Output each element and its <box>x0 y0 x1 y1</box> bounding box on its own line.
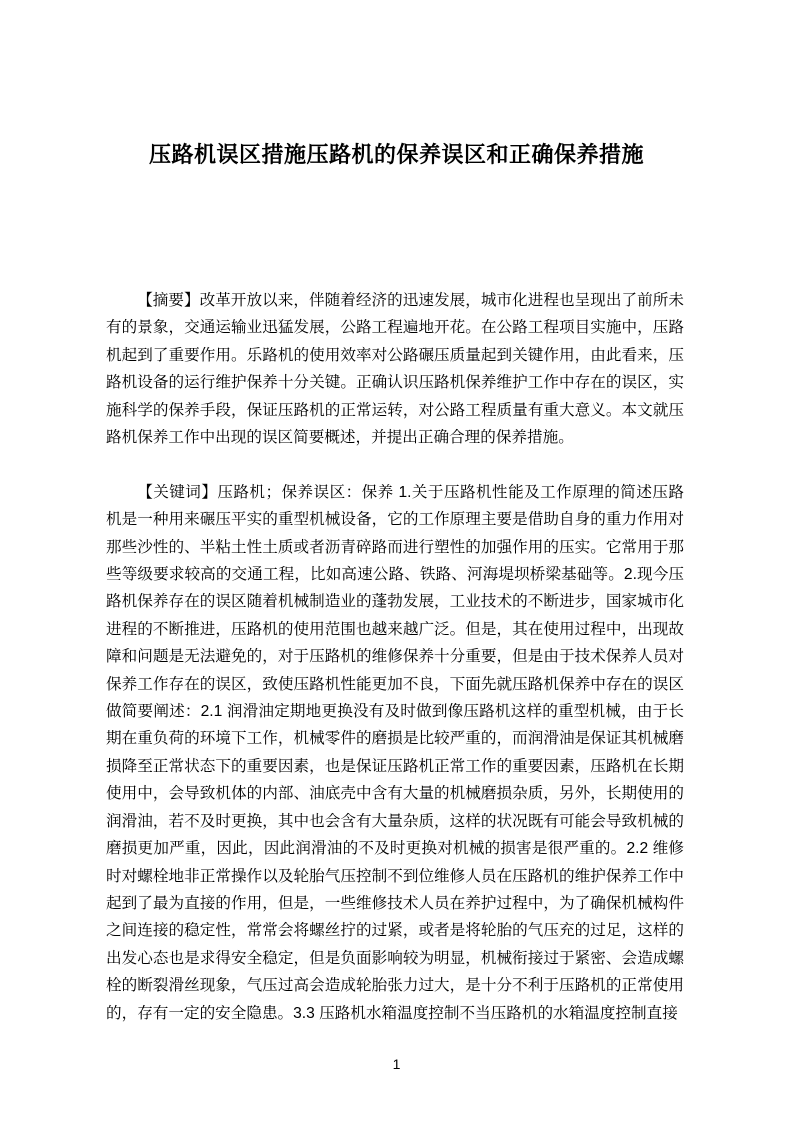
page-number: 1 <box>0 1055 793 1073</box>
keywords-body-paragraph: 【关键词】压路机；保养误区：保养 1.关于压路机性能及工作原理的简述压路机是一种… <box>106 479 684 1027</box>
abstract-paragraph: 【摘要】改革开放以来，伴随着经济的迅速发展，城市化进程也呈现出了前所未有的景象，… <box>106 287 684 451</box>
page-title: 压路机误区措施压路机的保养误区和正确保养措施 <box>0 138 793 172</box>
document-page: 压路机误区措施压路机的保养误区和正确保养措施 【摘要】改革开放以来，伴随着经济的… <box>0 0 793 1122</box>
document-body: 【摘要】改革开放以来，伴随着经济的迅速发展，城市化进程也呈现出了前所未有的景象，… <box>106 287 684 1027</box>
